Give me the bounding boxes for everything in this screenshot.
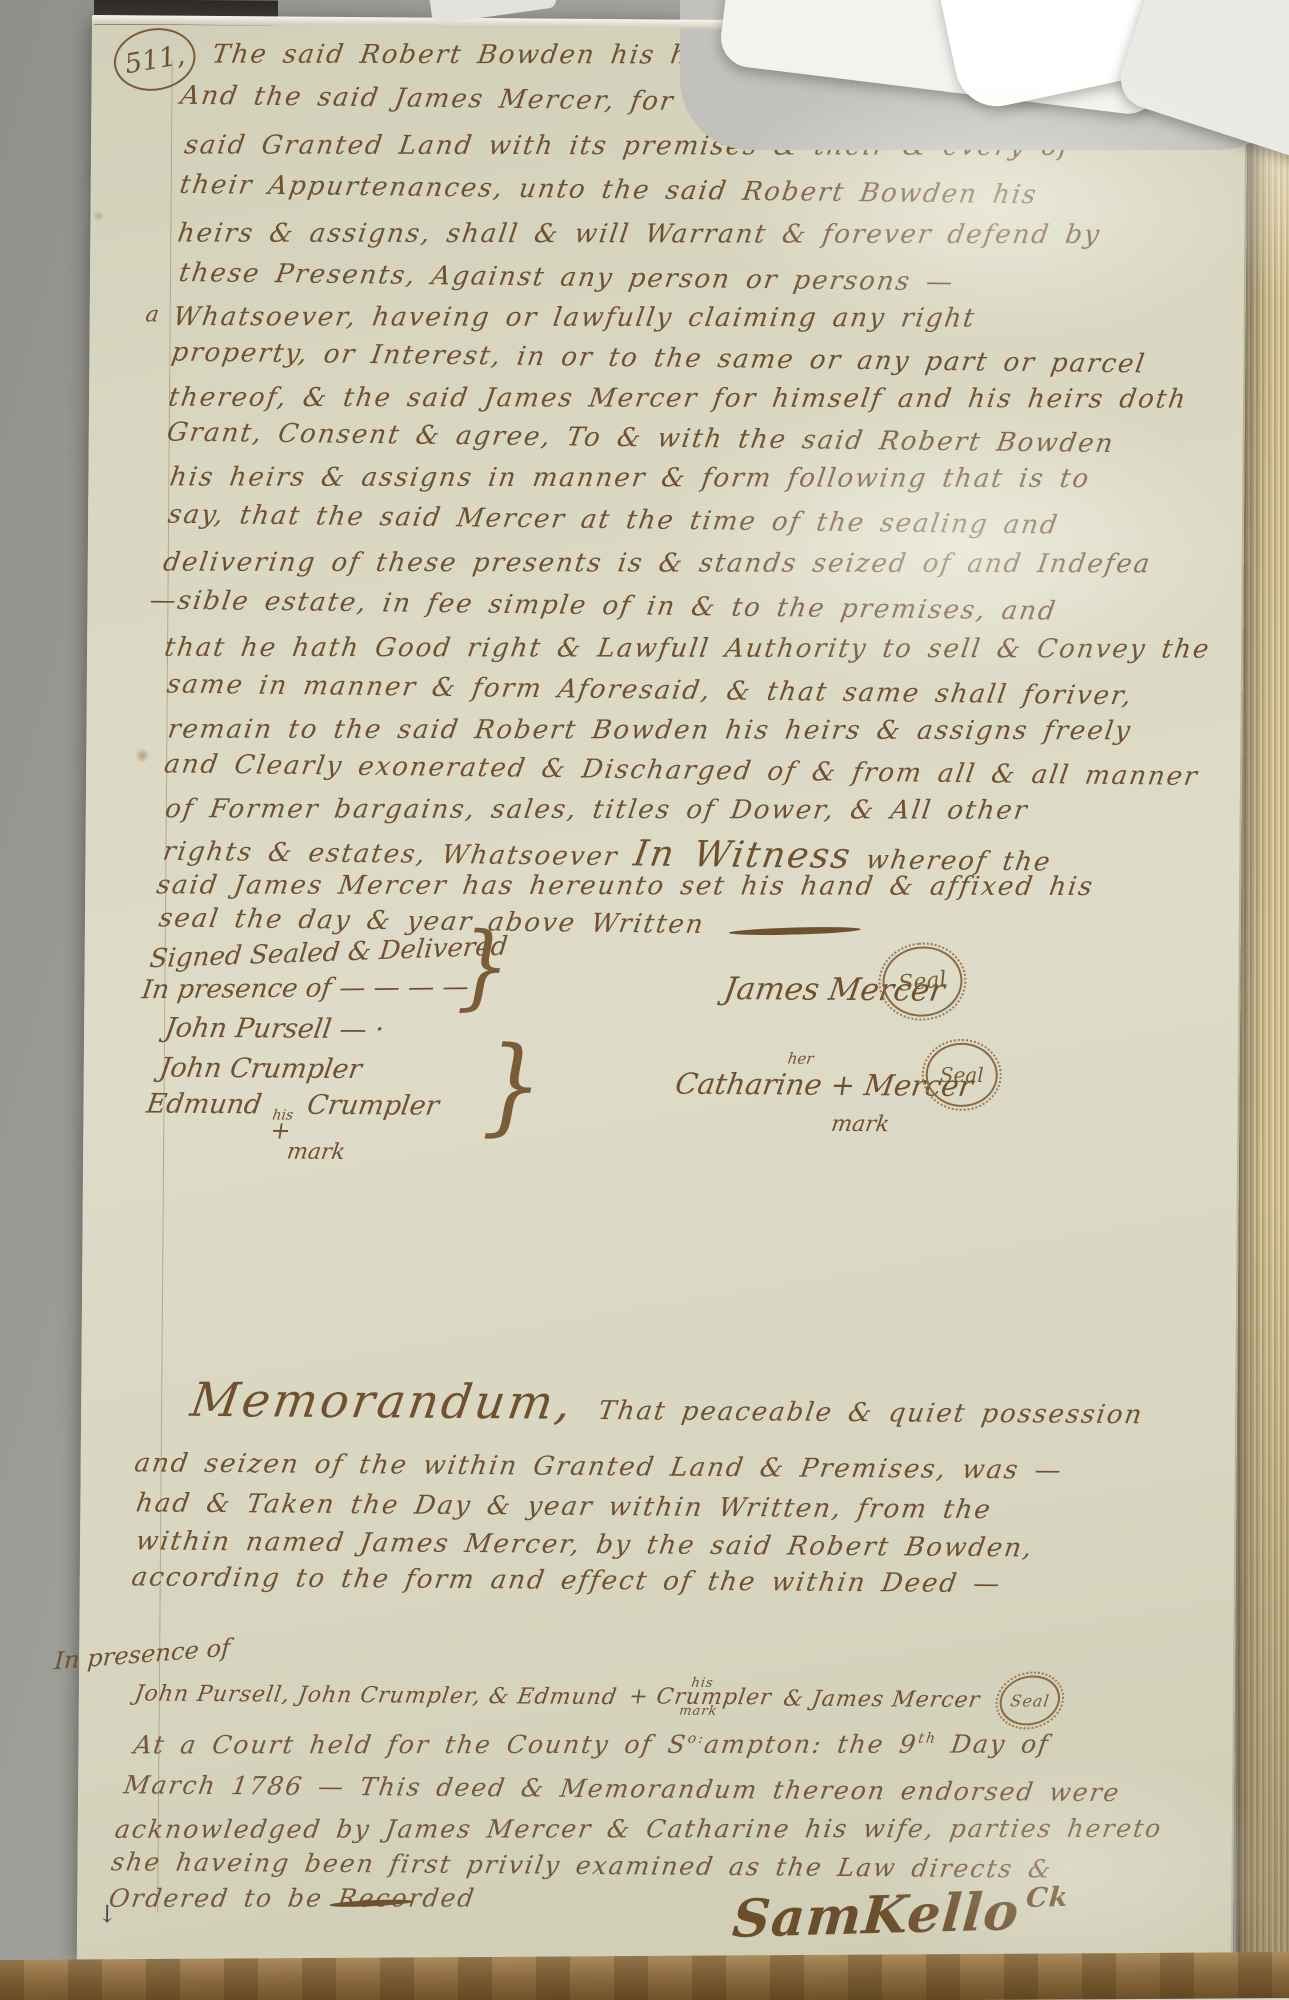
court-line-1: At a Court held for the County of So:amp… (132, 1730, 1052, 1760)
clerk-title: Ck (1025, 1882, 1070, 1914)
clerk-name: SamKello (730, 1881, 1021, 1950)
court-line-2: March 1786 — This deed & Memorandum ther… (122, 1770, 1123, 1807)
photo-of-deed-book: 511, a The said Robert Bowden his heirs … (0, 0, 1289, 2000)
court-record-block: At a Court held for the County of So:amp… (77, 20, 1246, 1971)
manuscript-page: 511, a The said Robert Bowden his heirs … (77, 20, 1248, 1971)
court-line-4: she haveing been first privily examined … (109, 1847, 1054, 1883)
clerk-signature: SamKelloCk (730, 1880, 1070, 1950)
court-line-5: Ordered to be Recorded (107, 1883, 478, 1912)
court-line-3: acknowledged by James Mercer & Catharine… (113, 1814, 1164, 1844)
wooden-table-edge (0, 1952, 1289, 2000)
margin-arrow: ↓ (97, 1900, 117, 1928)
